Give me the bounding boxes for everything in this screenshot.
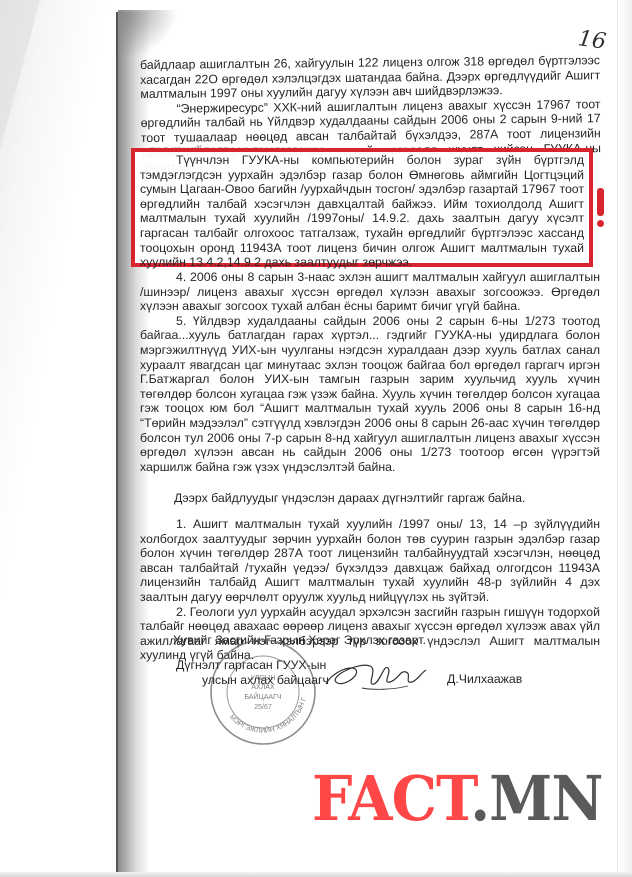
signer-title: Дүгнэлт гаргасан ГУУХ-ын улсын ахлах бай…	[176, 658, 329, 688]
watermark-part2: .MN	[470, 762, 602, 835]
watermark-part1: FACT	[312, 762, 470, 835]
highlighted-paragraph-container: Түүнчлэн ГУУКА-ны компьютерийн болон зур…	[140, 153, 584, 270]
document-body-mid: 4. 2006 оны 8 сарын 3-наас эхлэн ашигт м…	[140, 270, 600, 474]
signer-title-line2: улсын ахлах байцаагч	[176, 673, 329, 688]
watermark-logo: FACT.MN	[312, 768, 603, 830]
scan-right-edge	[617, 0, 632, 877]
svg-text:25/67: 25/67	[254, 704, 272, 711]
scan-folded-corner	[0, 0, 40, 150]
scan-binding-line	[116, 12, 118, 877]
scan-bottom-edge	[0, 872, 632, 877]
highlighted-paragraph: Түүнчлэн ГУУКА-ны компьютерийн болон зур…	[140, 153, 584, 270]
svg-text:БАЙЦААГЧ: БАЙЦААГЧ	[244, 692, 281, 701]
paragraph: 4. 2006 оны 8 сарын 3-наас эхлэн ашигт м…	[140, 270, 600, 314]
signature-icon	[322, 654, 432, 694]
scan-top-shadow	[118, 10, 178, 60]
paragraph: 5. Үйлдвэр худалдааны сайдын 2006 оны 2 …	[140, 314, 600, 475]
conclusion-heading: Дээрх байдлуудыг үндэслэн дараах дүгнэлт…	[174, 491, 525, 505]
signer-name: Д.Чилхаажав	[447, 672, 522, 686]
signer-title-line1: Дүгнэлт гаргасан ГУУХ-ын	[176, 658, 329, 673]
handwritten-page-number: 16	[576, 26, 607, 55]
exclamation-mark-icon	[596, 188, 604, 226]
conclusion-item: 1. Ашигт малтмалын тухай хуулийн /1997 о…	[140, 517, 600, 605]
paragraph: байдлаар ашиглалтын 26, хайгуулын 122 ли…	[140, 53, 600, 102]
